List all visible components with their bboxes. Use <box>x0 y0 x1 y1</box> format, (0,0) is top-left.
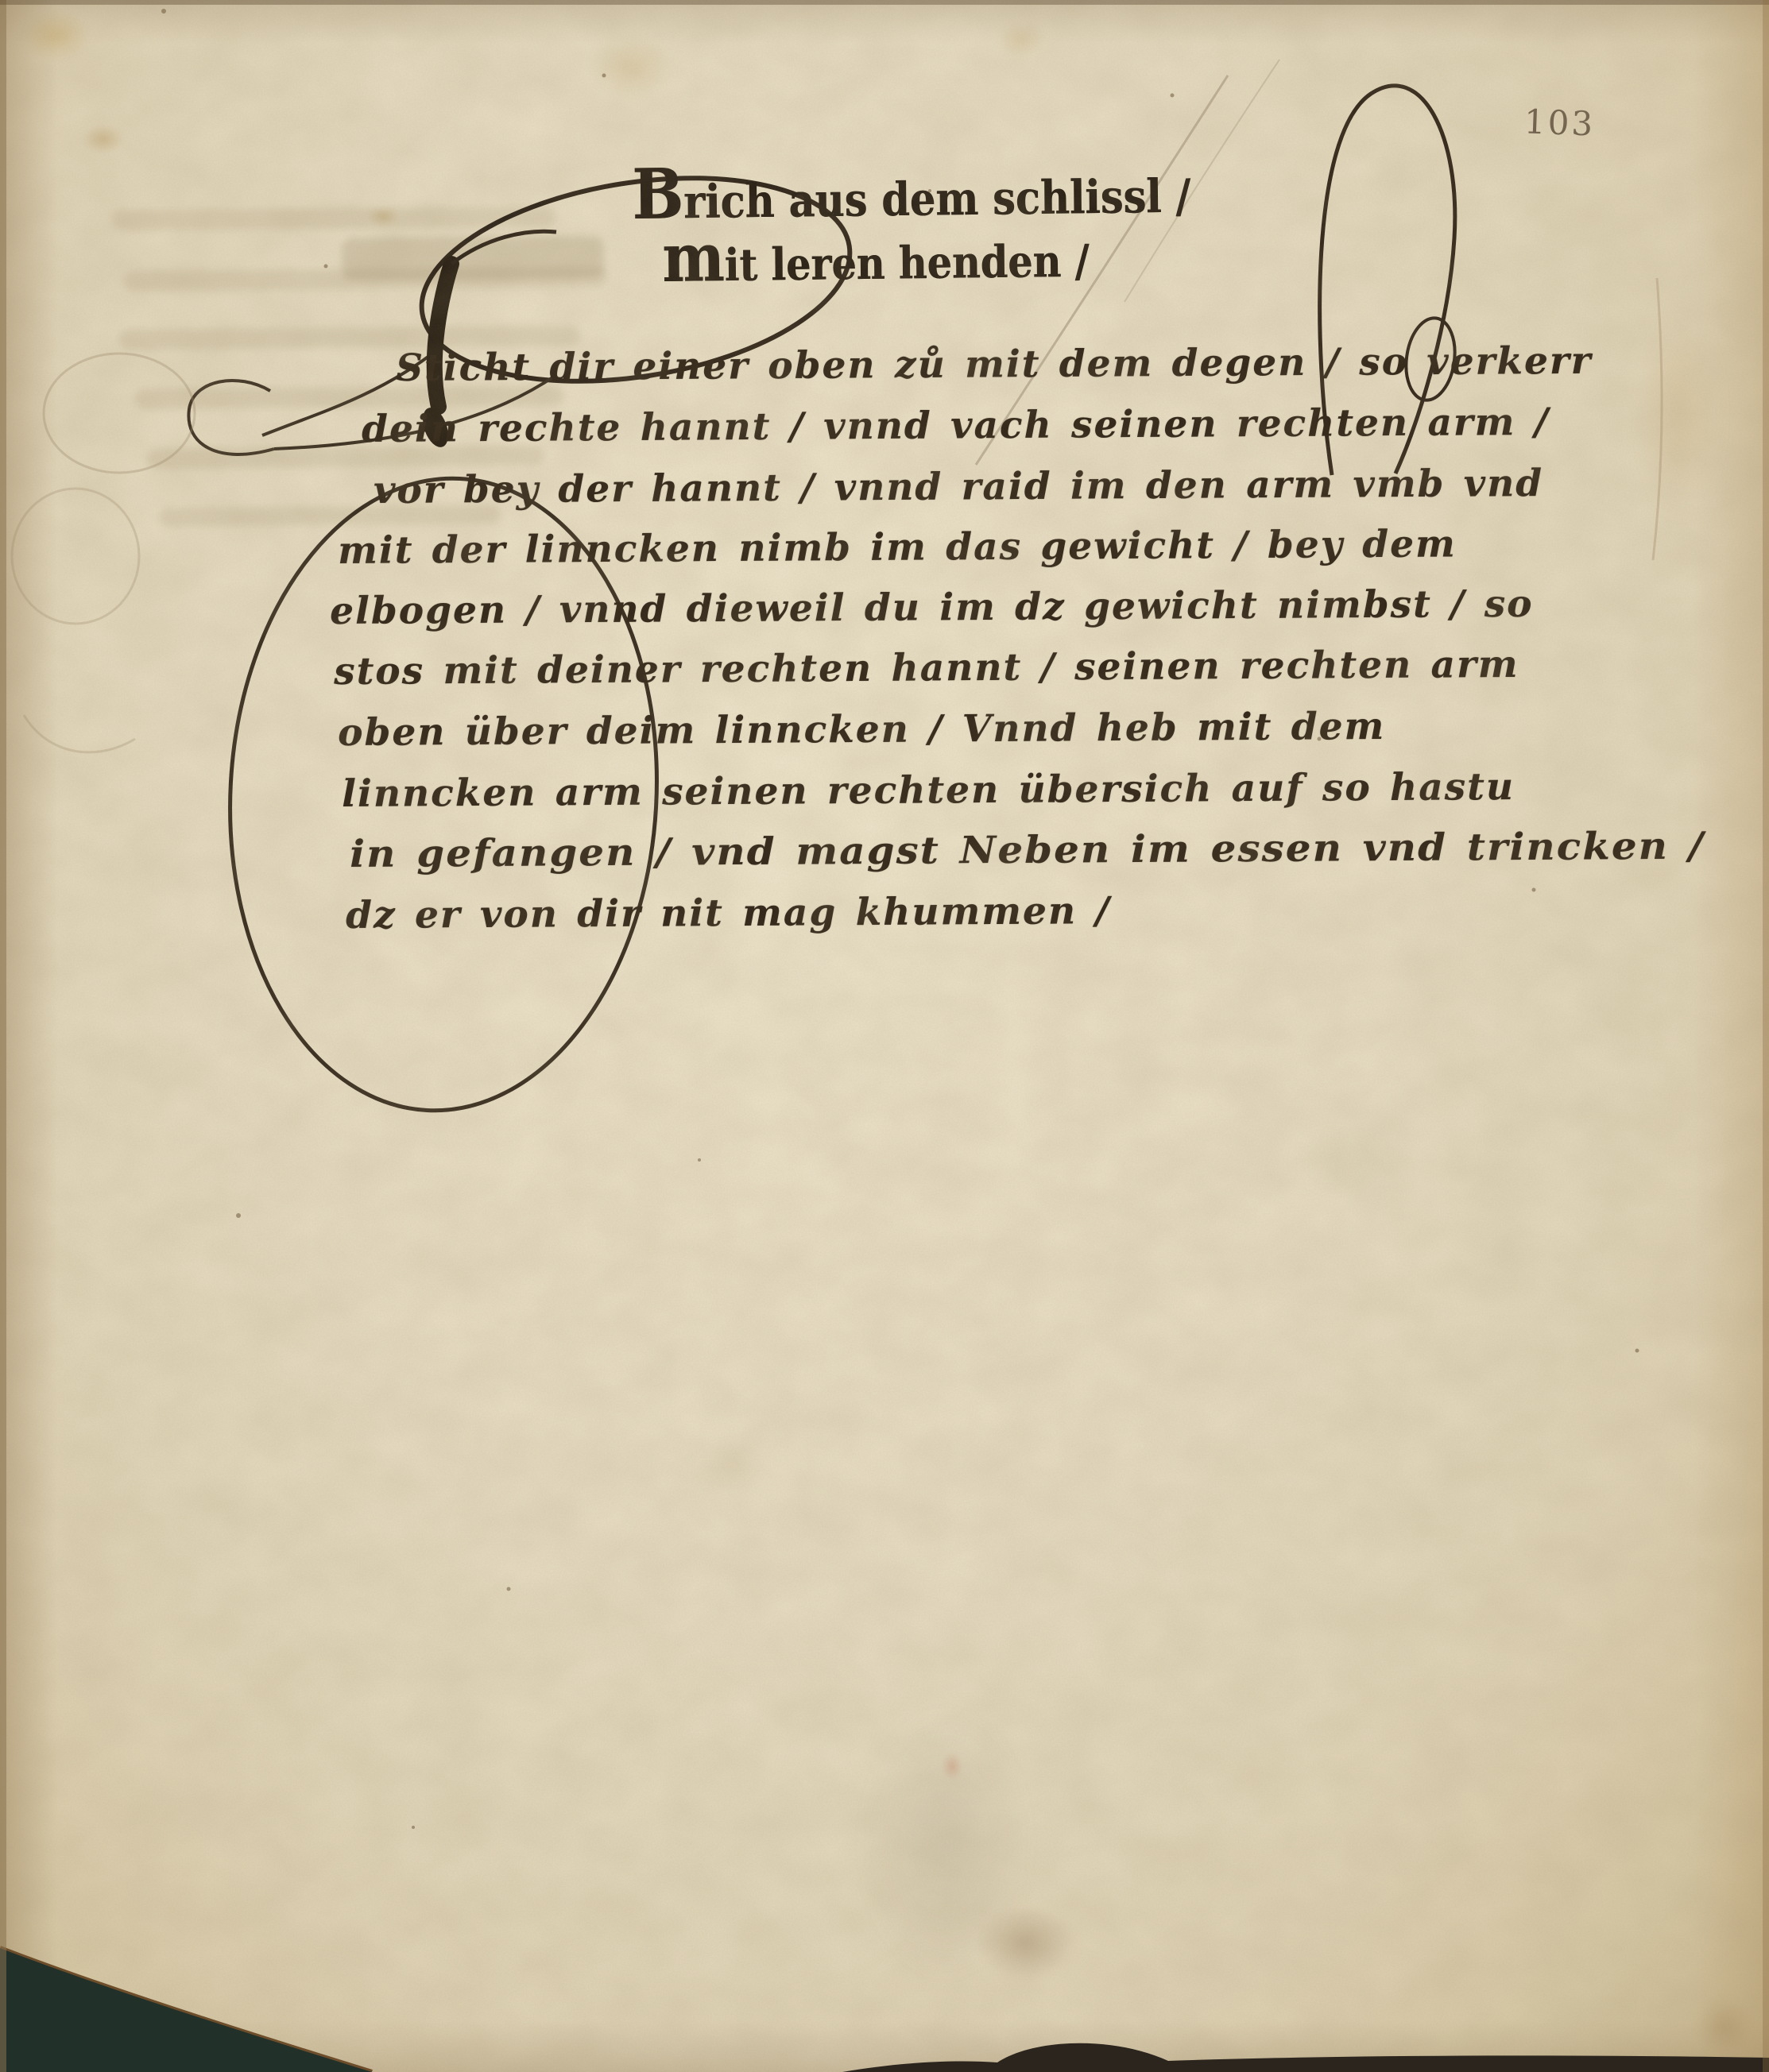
stain <box>1685 1986 1764 2066</box>
bleedthrough-stripe <box>111 207 556 231</box>
manuscript-page: 103 Brich aus dem schlissl / mit leren h… <box>0 0 1769 2072</box>
heading-line-1: Brich aus dem schlissl / <box>632 162 1190 226</box>
bottom-binding-shadow <box>842 2043 1769 2072</box>
stain <box>1272 1112 1399 1208</box>
bleedthrough-swirl <box>24 715 135 752</box>
page-corner-shadow-rim <box>0 1948 372 2072</box>
stain <box>8 0 103 72</box>
body-line: in gefangen / vnd magst Neben im essen v… <box>350 828 1705 873</box>
top-page-rim <box>0 0 1769 5</box>
stain <box>958 1891 1093 1994</box>
body-line: linncken arm seinen rechten übersich auf… <box>342 768 1515 813</box>
body-line: dz er von dir nit mag khummen / <box>346 892 1111 934</box>
body-line: Sticht dir einer oben zů mit dem degen /… <box>396 342 1593 387</box>
stain <box>362 203 405 230</box>
stain <box>572 24 691 111</box>
bleedthrough-swirl <box>12 489 139 624</box>
body-line: oben über deim linncken / Vnnd heb mit d… <box>338 708 1385 752</box>
stain <box>1621 262 1740 564</box>
stain <box>683 1430 779 1502</box>
stain <box>985 16 1057 64</box>
folio-number: 103 <box>1523 102 1596 143</box>
stain <box>75 119 131 159</box>
bleedthrough-heading-ghost <box>342 236 604 281</box>
body-line: stos mit deiner rechten hannt / seinen r… <box>334 646 1519 690</box>
stain <box>938 1748 966 1784</box>
left-page-rim <box>0 0 6 2072</box>
heading-line-2: mit leren henden / <box>662 228 1090 288</box>
body-line: vor bey der hannt / vnnd raid im den arm… <box>374 465 1543 509</box>
body-line: mit der linncken nimb im das gewicht / b… <box>338 525 1457 570</box>
book-cover-corner <box>0 1948 372 2072</box>
right-page-rim <box>1763 0 1769 2072</box>
body-line: elbogen / vnnd dieweil du im dz gewicht … <box>330 586 1534 630</box>
body-line: dein rechte hannt / vnnd vach seinen rec… <box>362 404 1550 448</box>
